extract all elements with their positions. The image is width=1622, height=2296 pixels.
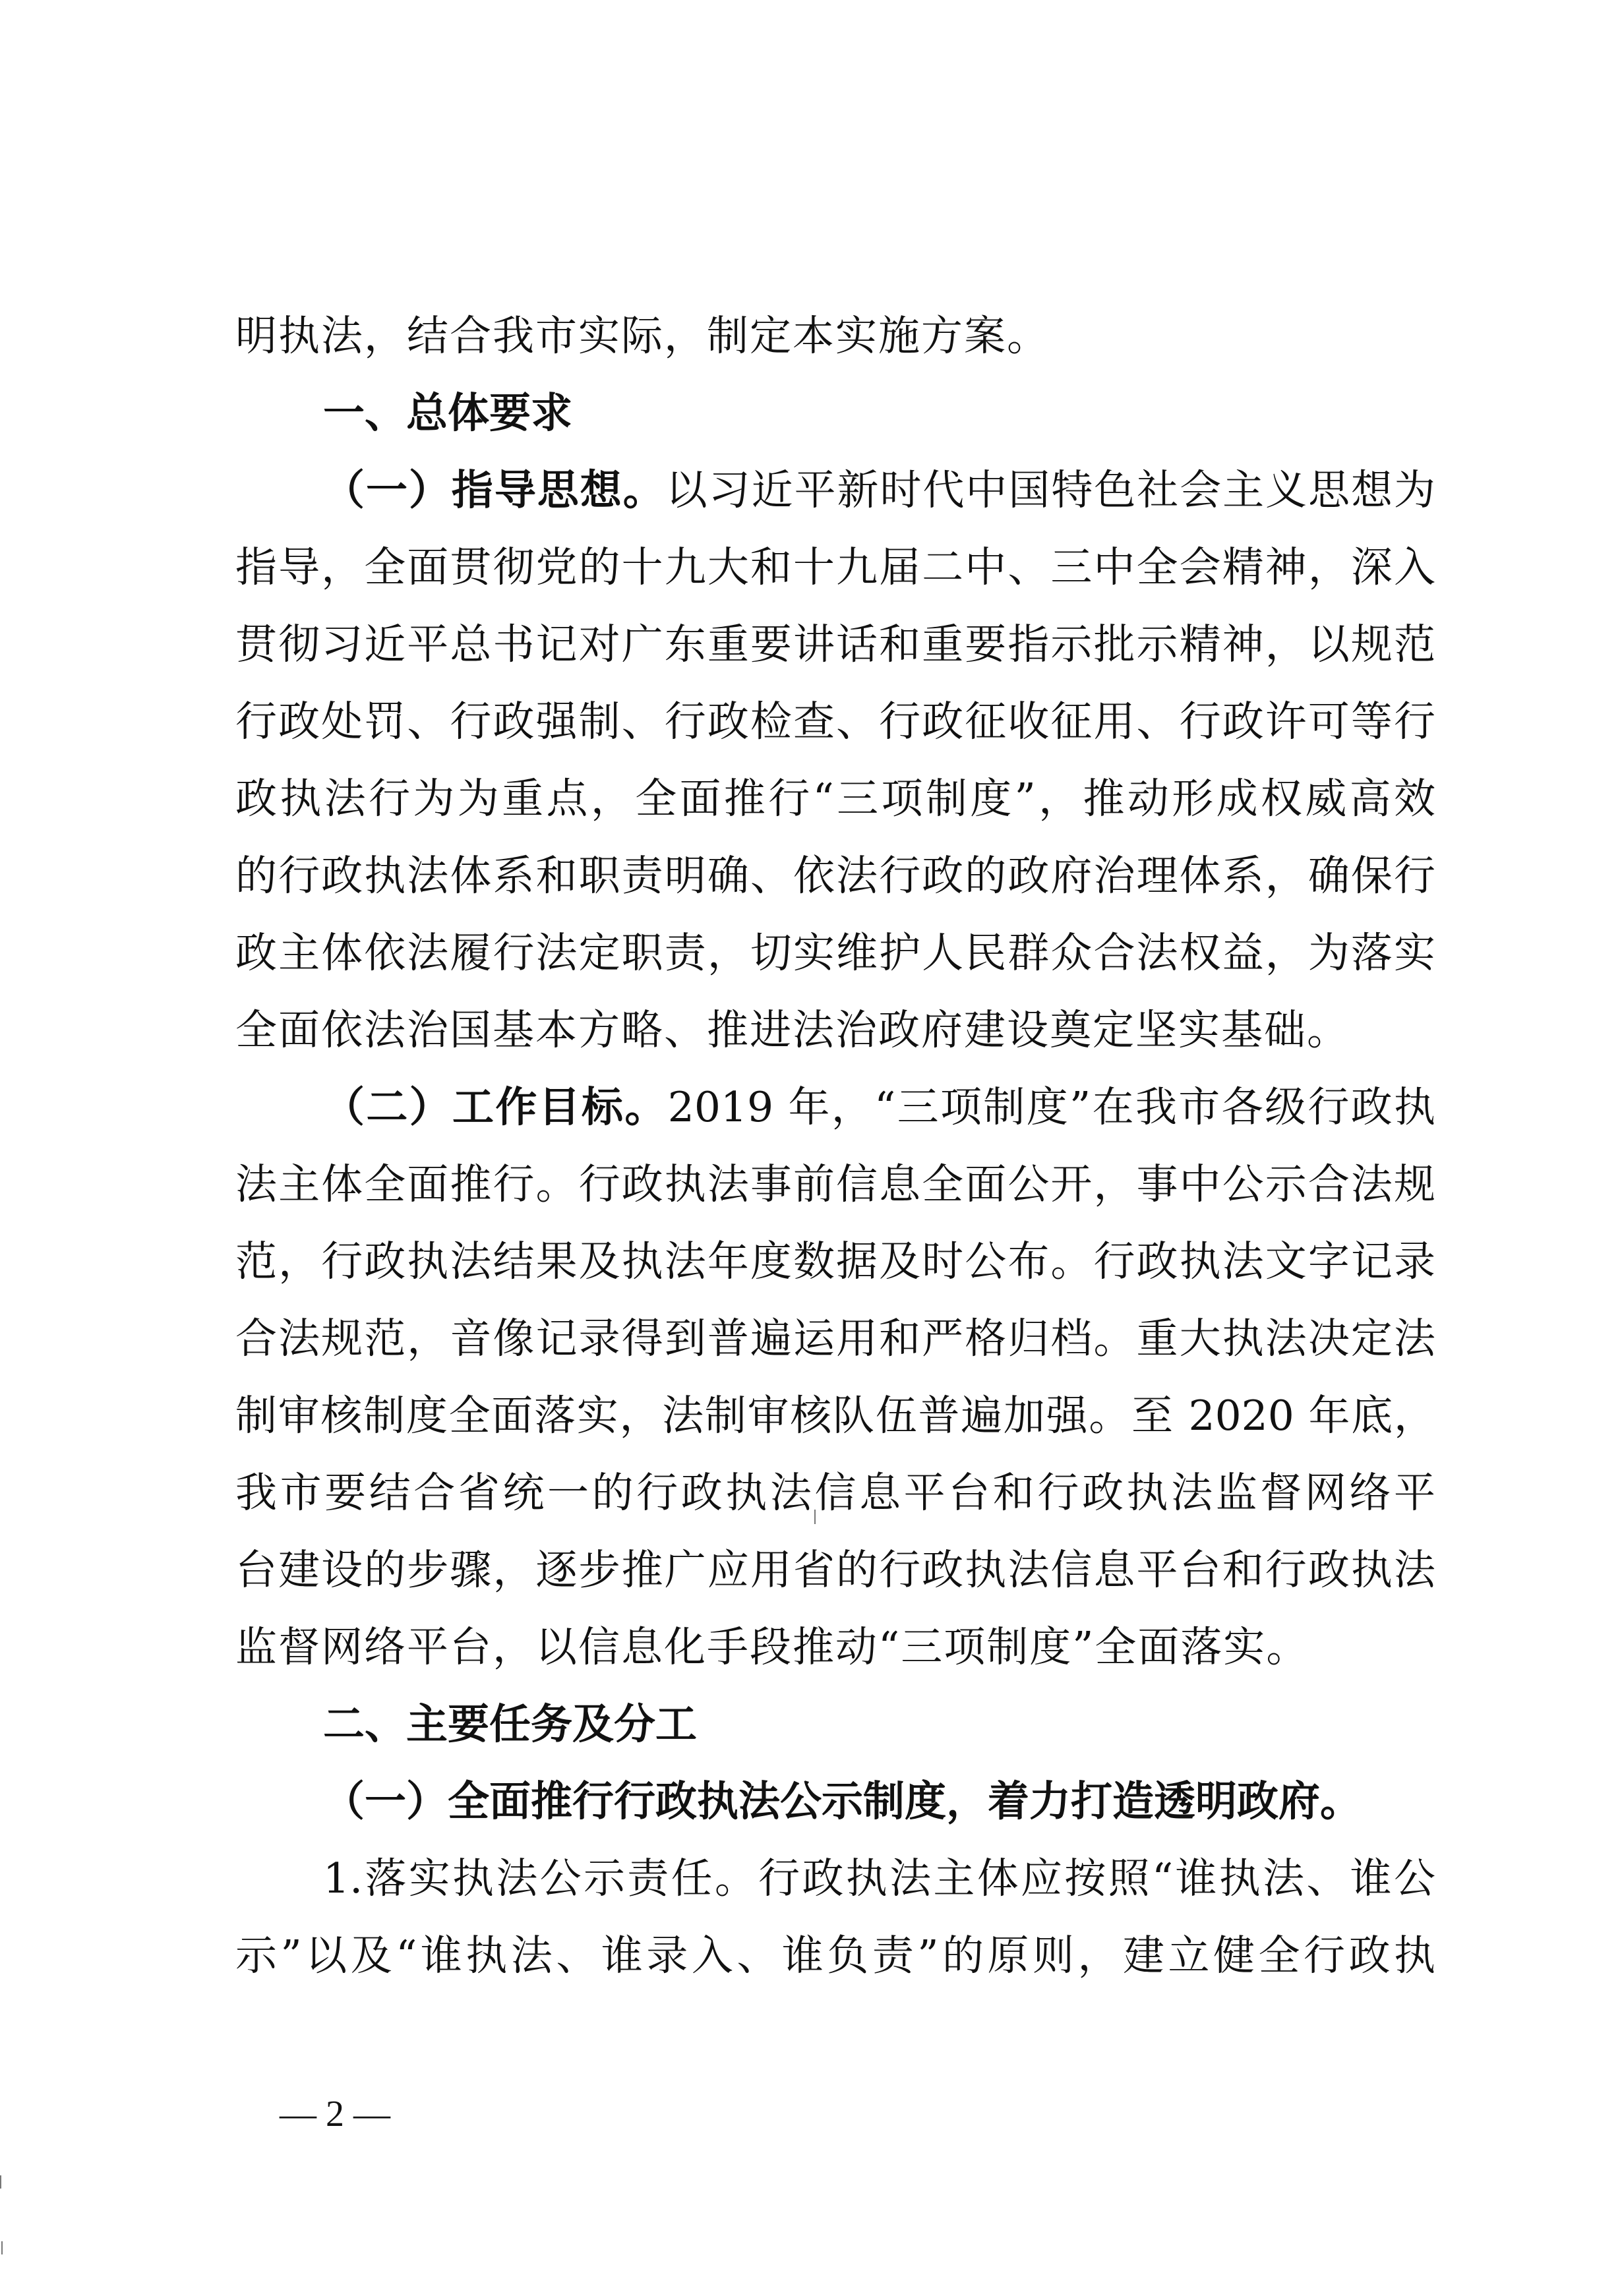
- body-line: 的行政执法体系和职责明确、依法行政的政府治理体系，确保行: [235, 837, 1435, 914]
- body-line: 明执法，结合我市实际，制定本实施方案。: [235, 297, 1435, 374]
- document-body: 明执法，结合我市实际，制定本实施方案。 一、总体要求 （一）指导思想。以习近平新…: [235, 297, 1435, 1994]
- paragraph-lead-guiding-ideology: （一）指导思想。: [323, 465, 666, 514]
- body-line: 台建设的步骤，逐步推广应用省的行政执法信息平台和行政执法: [235, 1531, 1435, 1608]
- paragraph-text: 以习近平新时代中国特色社会主义思想为: [666, 466, 1435, 514]
- body-line: 范，行政执法结果及执法年度数据及时公布。行政执法文字记录: [235, 1223, 1435, 1300]
- scan-artifact: [0, 2175, 1, 2189]
- paragraph-guiding-ideology-line: （一）指导思想。以习近平新时代中国特色社会主义思想为: [235, 452, 1435, 529]
- body-line: 示”以及“谁执法、谁录入、谁负责”的原则，建立健全行政执: [235, 1917, 1435, 1994]
- section-heading-main-tasks: 二、主要任务及分工: [235, 1686, 1435, 1763]
- scan-artifact: [814, 1510, 816, 1524]
- body-line: 监督网络平台，以信息化手段推动“三项制度”全面落实。: [235, 1608, 1435, 1686]
- body-line: 合法规范，音像记录得到普遍运用和严格归档。重大执法决定法: [235, 1300, 1435, 1377]
- section-heading-general-requirements: 一、总体要求: [235, 374, 1435, 452]
- body-line: 政主体依法履行法定职责，切实维护人民群众合法权益，为落实: [235, 914, 1435, 991]
- body-line: 我市要结合省统一的行政执法信息平台和行政执法监督网络平: [235, 1454, 1435, 1531]
- body-line: 制审核制度全面落实，法制审核队伍普遍加强。至 2020 年底，: [235, 1377, 1435, 1454]
- body-line: 法主体全面推行。行政执法事前信息全面公开，事中公示合法规: [235, 1146, 1435, 1223]
- body-line: 指导，全面贯彻党的十九大和十九届二中、三中全会精神，深入: [235, 529, 1435, 606]
- scan-artifact: [1, 2241, 3, 2254]
- body-line: 贯彻习近平总书记对广东重要讲话和重要指示批示精神，以规范: [235, 606, 1435, 683]
- paragraph-lead-work-goals: （二）工作目标。: [323, 1082, 668, 1131]
- page-number: — 2 —: [280, 2091, 390, 2137]
- subsection-heading-publicity-system: （一）全面推行行政执法公示制度，着力打造透明政府。: [235, 1763, 1435, 1840]
- body-line: 行政处罚、行政强制、行政检查、行政征收征用、行政许可等行: [235, 683, 1435, 760]
- paragraph-work-goals-line: （二）工作目标。2019 年，“三项制度”在我市各级行政执: [235, 1069, 1435, 1146]
- body-line: 全面依法治国基本方略、推进法治政府建设奠定坚实基础。: [235, 991, 1435, 1069]
- paragraph-text: 2019 年，“三项制度”在我市各级行政执: [668, 1083, 1435, 1131]
- document-page: 明执法，结合我市实际，制定本实施方案。 一、总体要求 （一）指导思想。以习近平新…: [0, 0, 1622, 2296]
- item-line-publicity-responsibility: 1.落实执法公示责任。行政执法主体应按照“谁执法、谁公: [235, 1840, 1435, 1917]
- body-line: 政执法行为为重点，全面推行“三项制度”，推动形成权威高效: [235, 760, 1435, 837]
